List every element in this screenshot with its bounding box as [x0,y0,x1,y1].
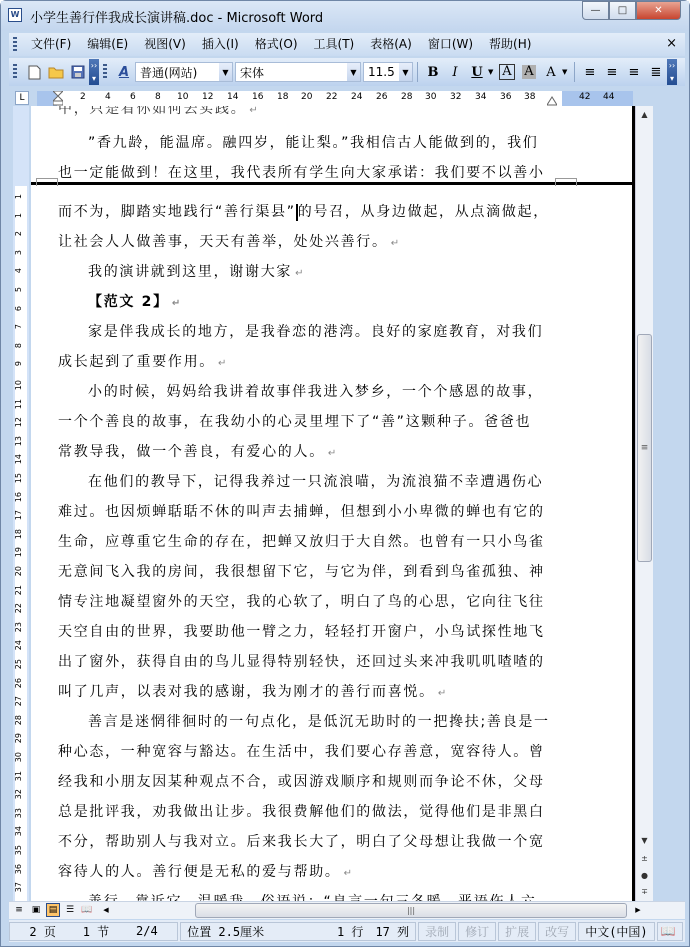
open-folder-icon[interactable] [45,61,67,83]
menu-tools[interactable]: 工具(T) [306,33,363,56]
style-dropdown[interactable]: 普通(网站) ▼ [135,62,233,82]
document-page[interactable]: 中，只是看你如何去实践。↵ ”香九龄，能温席。融四岁，能让梨。”我相信古人能做到… [31,106,635,901]
menu-file[interactable]: 文件(F) [23,33,79,56]
horizontal-scrollbar-row: ≡ ▣ ▤ ☰ 📖 ◀ ||| ▶ [9,901,685,919]
close-document-icon[interactable]: × [666,36,677,51]
status-bar: 2 页 1 节 2/4 位置 2.5厘米 1 行 17 列 录制 修订 扩展 改… [9,920,685,942]
chevron-down-icon[interactable]: ▼ [219,63,232,81]
window-controls: — □ ✕ [582,1,681,21]
vertical-ruler-tick: 19 [14,547,23,557]
status-column: 17 列 [375,923,409,940]
font-size-value: 11.5 [368,65,395,79]
scroll-down-arrow-icon[interactable]: ▼ [636,832,653,849]
vertical-ruler-tick: 10 [14,380,23,390]
vertical-ruler-tick: 23 [14,622,23,632]
styles-pane-icon[interactable]: A [113,61,135,83]
menubar-grip-handle[interactable] [13,37,17,53]
menu-edit[interactable]: 编辑(E) [79,33,136,56]
paragraph-line: 善行，靠近它，温暖我。俗语说：“良言一句三冬暖，恶语伤人六 [88,887,537,901]
toolbar-options-chevron[interactable]: ››▾ [89,59,99,85]
vertical-ruler-tick: 32 [14,789,23,799]
phonetic-dropdown-icon[interactable]: ▼ [562,68,570,76]
paragraph-line: 情专注地凝望窗外的天空，我的心软了，明白了鸟的心思，它向往飞往 [58,587,545,617]
chevron-down-icon[interactable]: ▼ [399,63,412,81]
paragraph-line: 总是批评我，劝我做出让步。我很费解他们的做法，觉得他们是非黑白 [58,797,545,827]
status-line: 1 行 [337,923,363,940]
paragraph-line: 容待人的人。善行便是无私的爱与帮助。↵ [58,857,354,887]
close-button[interactable]: ✕ [636,1,681,20]
print-layout-view-icon[interactable]: ▤ [46,903,60,917]
character-shading-button[interactable]: A [522,65,535,79]
paragraph-line: ”香九龄，能温席。融四岁，能让梨。”我相信古人能做到的，我们 [88,128,539,158]
toolbar-separator [574,62,575,82]
status-page: 2 页 [29,923,55,940]
vertical-ruler[interactable]: 1123456789101112131415161718192021222324… [13,106,29,901]
align-right-icon[interactable]: ≡ [623,61,645,83]
vertical-ruler-tick: 13 [14,436,23,446]
paragraph-line: 无意间飞入我的房间，我很想留下它，与它为伴，到看到鸟雀孤独、神 [58,557,545,587]
window-title: 小学生善行伴我成长演讲稿.doc - Microsoft Word [30,7,323,26]
vertical-ruler-tick: 34 [14,826,23,836]
style-value: 普通(网站) [140,64,197,81]
phonetic-guide-button[interactable]: A [540,61,562,83]
vertical-ruler-tick: 20 [14,566,23,576]
underline-button[interactable]: U [466,61,488,83]
paragraph-line: 天空自由的世界，我要助他一臂之力，轻轻打开窗户，小鸟试探性地飞 [58,617,545,647]
font-size-dropdown[interactable]: 11.5 ▼ [363,62,413,82]
vertical-ruler-tick: 30 [14,752,23,762]
outline-view-icon[interactable]: ☰ [63,903,77,917]
vertical-ruler-tick: 35 [14,845,23,855]
normal-view-icon[interactable]: ≡ [12,903,26,917]
web-layout-view-icon[interactable]: ▣ [29,903,43,917]
horizontal-ruler[interactable]: 2 4 6 8 10 12 14 16 18 20 22 24 26 28 30… [37,91,633,106]
toolbar-options-chevron[interactable]: ››▾ [667,59,677,85]
maximize-button[interactable]: □ [609,1,636,20]
toolbar2-grip-handle[interactable] [103,64,107,80]
minimize-button[interactable]: — [582,1,609,20]
character-border-button[interactable]: A [499,64,514,80]
vertical-ruler-tick: 15 [14,473,23,483]
vertical-scrollbar[interactable]: ▲ ≡ ▼ ± ● ∓ [635,106,653,901]
paragraph-line: 一个个善良的故事，在我幼小的心灵里埋下了“善”这颗种子。爸爸也 [58,407,531,437]
paragraph-line: 善言是迷惘徘徊时的一句点化，是低沉无助时的一把搀扶;善良是一 [88,707,550,737]
menu-format[interactable]: 格式(O) [247,33,306,56]
page-corner-mark [555,178,577,186]
scroll-left-arrow-icon[interactable]: ◀ [99,903,113,917]
status-position: 位置 2.5厘米 [187,923,264,940]
vertical-ruler-tick: 16 [14,492,23,502]
distributed-align-icon[interactable]: ≣ [645,61,667,83]
status-overtype[interactable]: 改写 [538,922,576,941]
menu-table[interactable]: 表格(A) [362,33,420,56]
formatting-toolbar: ››▾ A 普通(网站) ▼ 宋体 ▼ 11.5 ▼ B I U ▼ A A A… [9,58,685,86]
scroll-right-arrow-icon[interactable]: ▶ [631,903,645,917]
menu-window[interactable]: 窗口(W) [420,33,481,56]
align-justify-icon[interactable]: ≡ [579,61,601,83]
new-document-icon[interactable] [23,61,45,83]
paragraph-line: 生命，应尊重它生命的存在，把蝉又放归于大自然。也曾有一只小鸟雀 [58,527,545,557]
vertical-ruler-tick: 14 [14,454,23,464]
vertical-ruler-tick: 33 [14,808,23,818]
previous-page-icon[interactable]: ± [636,850,653,867]
italic-button[interactable]: I [444,61,466,83]
vertical-ruler-tick: 6 [14,306,23,311]
paragraph-line: 在他们的教导下，记得我养过一只流浪喵，为流浪猫不幸遭遇伤心 [88,467,543,497]
vertical-ruler-tick: 9 [14,361,23,366]
bold-button[interactable]: B [422,61,444,83]
font-dropdown[interactable]: 宋体 ▼ [235,62,361,82]
vertical-ruler-tick: 27 [14,696,23,706]
paragraph-line: 也一定能做到！在这里，我代表所有学生向大家承诺：我们要不以善小 [58,158,545,188]
page-corner-mark [36,178,58,186]
section-heading: 【范文 2】↵ [88,287,182,317]
horizontal-scroll-thumb[interactable]: ||| [195,903,627,918]
paragraph-line: 小的时候，妈妈给我讲着故事伴我进入梦乡，一个个感恩的故事， [88,377,543,407]
paragraph-line: 家是伴我成长的地方，是我眷恋的港湾。良好的家庭教育，对我们 [88,317,543,347]
paragraph-line: 经我和小朋友因某种观点不合，或因游戏顺序和规则而争论不休，父母 [58,767,545,797]
vertical-ruler-tick: 1 [14,194,23,199]
menu-bar: 文件(F) 编辑(E) 视图(V) 插入(I) 格式(O) 工具(T) 表格(A… [9,33,685,56]
vertical-ruler-tick: 4 [14,268,23,273]
paragraph-line: 我的演讲就到这里，谢谢大家↵ [88,257,305,287]
vertical-ruler-tick: 36 [14,864,23,874]
toolbar-separator [417,62,418,82]
status-record[interactable]: 录制 [418,922,456,941]
vertical-ruler-tick: 2 [14,231,23,236]
paragraph-line: 让社会人人做善事，天天有善举，处处兴善行。↵ [58,227,401,257]
vertical-ruler-tick: 3 [14,250,23,255]
vertical-ruler-tick: 22 [14,603,23,613]
next-page-icon[interactable]: ∓ [636,883,653,900]
save-icon[interactable] [67,61,89,83]
vertical-ruler-tick: 25 [14,659,23,669]
paragraph-line: 而不为，脚踏实地践行“善行渠县”的号召，从身边做起，从点滴做起， [58,197,549,227]
status-language[interactable]: 中文(中国) [578,922,654,941]
paragraph-line: 种心态，一种宽容与豁达。在生活中，我们要心存善意，宽容待人。曾 [58,737,545,767]
paragraph-line: 不分，帮助别人与我对立。后来我长大了，明白了父母想让我做一个宽 [58,827,545,857]
menu-view[interactable]: 视图(V) [136,33,194,56]
indent-marker[interactable] [53,91,63,106]
vertical-ruler-tick: 24 [14,640,23,650]
menu-insert[interactable]: 插入(I) [194,33,247,56]
vertical-ruler-tick: 8 [14,343,23,348]
vertical-ruler-tick: 12 [14,417,23,427]
vertical-ruler-tick: 31 [14,771,23,781]
menu-help[interactable]: 帮助(H) [481,33,539,56]
vertical-ruler-tick: 21 [14,585,23,595]
vertical-ruler-tick: 7 [14,324,23,329]
spelling-status-icon[interactable]: 📖 [657,922,683,941]
vertical-ruler-tick: 18 [14,529,23,539]
status-extend[interactable]: 扩展 [498,922,536,941]
paragraph-line: 中，只是看你如何去实践。↵ [58,106,260,124]
status-section: 1 节 [83,923,109,940]
vertical-ruler-tick: 37 [14,882,23,892]
paragraph-line: 出了窗外，获得自由的鸟儿显得特别轻快，还回过头来冲我叽叽喳喳的 [58,647,545,677]
word-window: W 小学生善行伴我成长演讲稿.doc - Microsoft Word — □ … [0,0,690,947]
status-page-of: 2/4 [136,924,158,938]
title-bar: W 小学生善行伴我成长演讲稿.doc - Microsoft Word — □ … [1,1,689,31]
vertical-ruler-tick: 29 [14,733,23,743]
vertical-ruler-tick: 26 [14,678,23,688]
status-track-changes[interactable]: 修订 [458,922,496,941]
font-value: 宋体 [240,64,264,81]
select-browse-object-icon[interactable]: ● [636,867,653,884]
chevron-down-icon[interactable]: ▼ [347,63,360,81]
reading-layout-view-icon[interactable]: 📖 [80,903,94,917]
vertical-ruler-tick: 28 [14,715,23,725]
align-center-icon[interactable]: ≡ [601,61,623,83]
paragraph-line: 难过。也因烦蝉聒聒不休的叫声去捕蝉，但想到小小卑微的蝉也有它的 [58,497,545,527]
vertical-ruler-tick: 5 [14,287,23,292]
scroll-up-arrow-icon[interactable]: ▲ [636,106,653,123]
toolbar-grip-handle[interactable] [13,64,17,80]
paragraph-line: 成长起到了重要作用。↵ [58,347,228,377]
tab-selector[interactable]: L [15,91,29,105]
paragraph-line: 叫了几声，以表对我的感谢，我为刚才的善行而喜悦。↵ [58,677,448,707]
vertical-scroll-thumb[interactable]: ≡ [637,334,652,562]
vertical-ruler-tick: 1 [14,213,23,218]
vertical-ruler-tick: 11 [14,399,23,409]
paragraph-line: 常教导我，做一个善良，有爱心的人。↵ [58,437,338,467]
vertical-ruler-tick: 17 [14,510,23,520]
word-app-icon[interactable]: W [8,8,22,22]
underline-dropdown-icon[interactable]: ▼ [488,68,496,76]
